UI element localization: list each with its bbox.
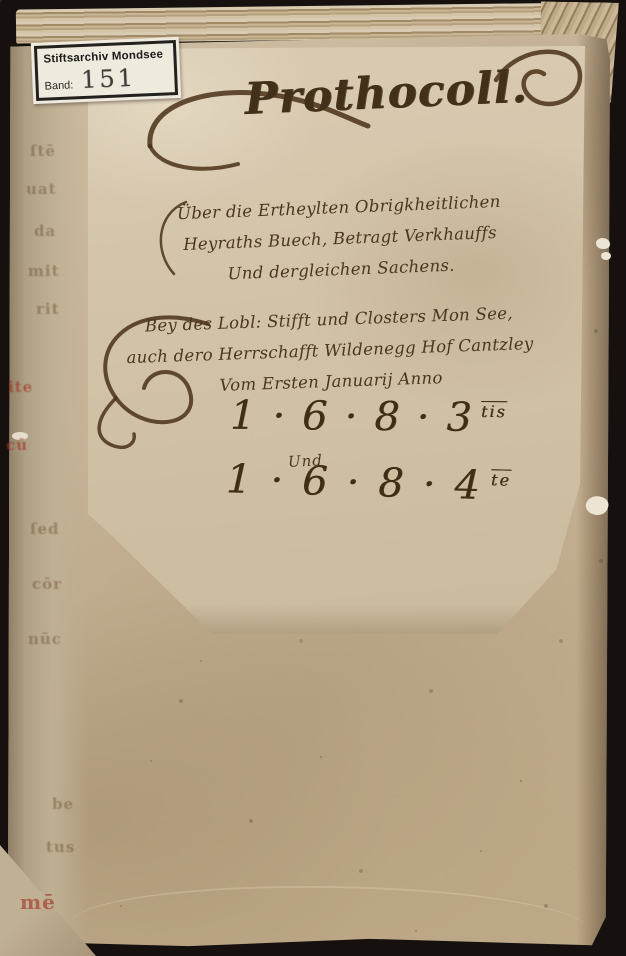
heading-paragraph: Über die Ertheylten Obrigkheitlichen Hey…	[148, 185, 531, 293]
paper-damage-chip	[596, 238, 610, 249]
year-1683-suffix: tis	[481, 402, 507, 421]
spine-fragment-red: cū	[6, 436, 28, 454]
band-number-stamp: 151	[81, 64, 137, 94]
spine-fragment: mit	[28, 262, 60, 280]
spine-fragment: tus	[46, 838, 75, 856]
spine-fragment: ſtē	[30, 142, 56, 160]
year-1684: 1·6·8·4te	[225, 456, 511, 509]
year-1684-digits: 1·6·8·4	[225, 456, 499, 509]
spine-fragment-red: mē	[20, 890, 56, 914]
year-1683: 1·6·8·3tis	[230, 393, 507, 441]
archive-label-frame: Stiftsarchiv Mondsee Band: 151	[34, 40, 178, 101]
spine-fragment: cōr	[32, 575, 62, 593]
year-1683-digits: 1·6·8·3	[230, 393, 489, 441]
year-1684-suffix: te	[491, 470, 511, 490]
spine-fragment: be	[52, 795, 74, 813]
paper-damage-chip	[601, 252, 611, 260]
archive-label: Stiftsarchiv Mondsee Band: 151	[31, 37, 181, 104]
spine-fragment: ſed	[30, 520, 59, 538]
manuscript-cover-photo: Stiftsarchiv Mondsee Band: 151 Prothocol…	[0, 0, 626, 956]
spine-fragment: da	[34, 222, 56, 240]
spine-fragment: nūc	[28, 630, 62, 648]
parchment-spine	[8, 32, 88, 948]
band-row: Band: 151	[44, 62, 169, 95]
spine-fragment-red: ite	[8, 378, 33, 396]
spine-fragment: rit	[36, 300, 60, 318]
spine-fragment: uat	[26, 180, 57, 198]
body-paragraph: Bey des Lobl: Stifft und Closters Mon Se…	[119, 297, 542, 405]
band-label: Band:	[44, 79, 73, 92]
paper-speckles	[0, 0, 2, 2]
